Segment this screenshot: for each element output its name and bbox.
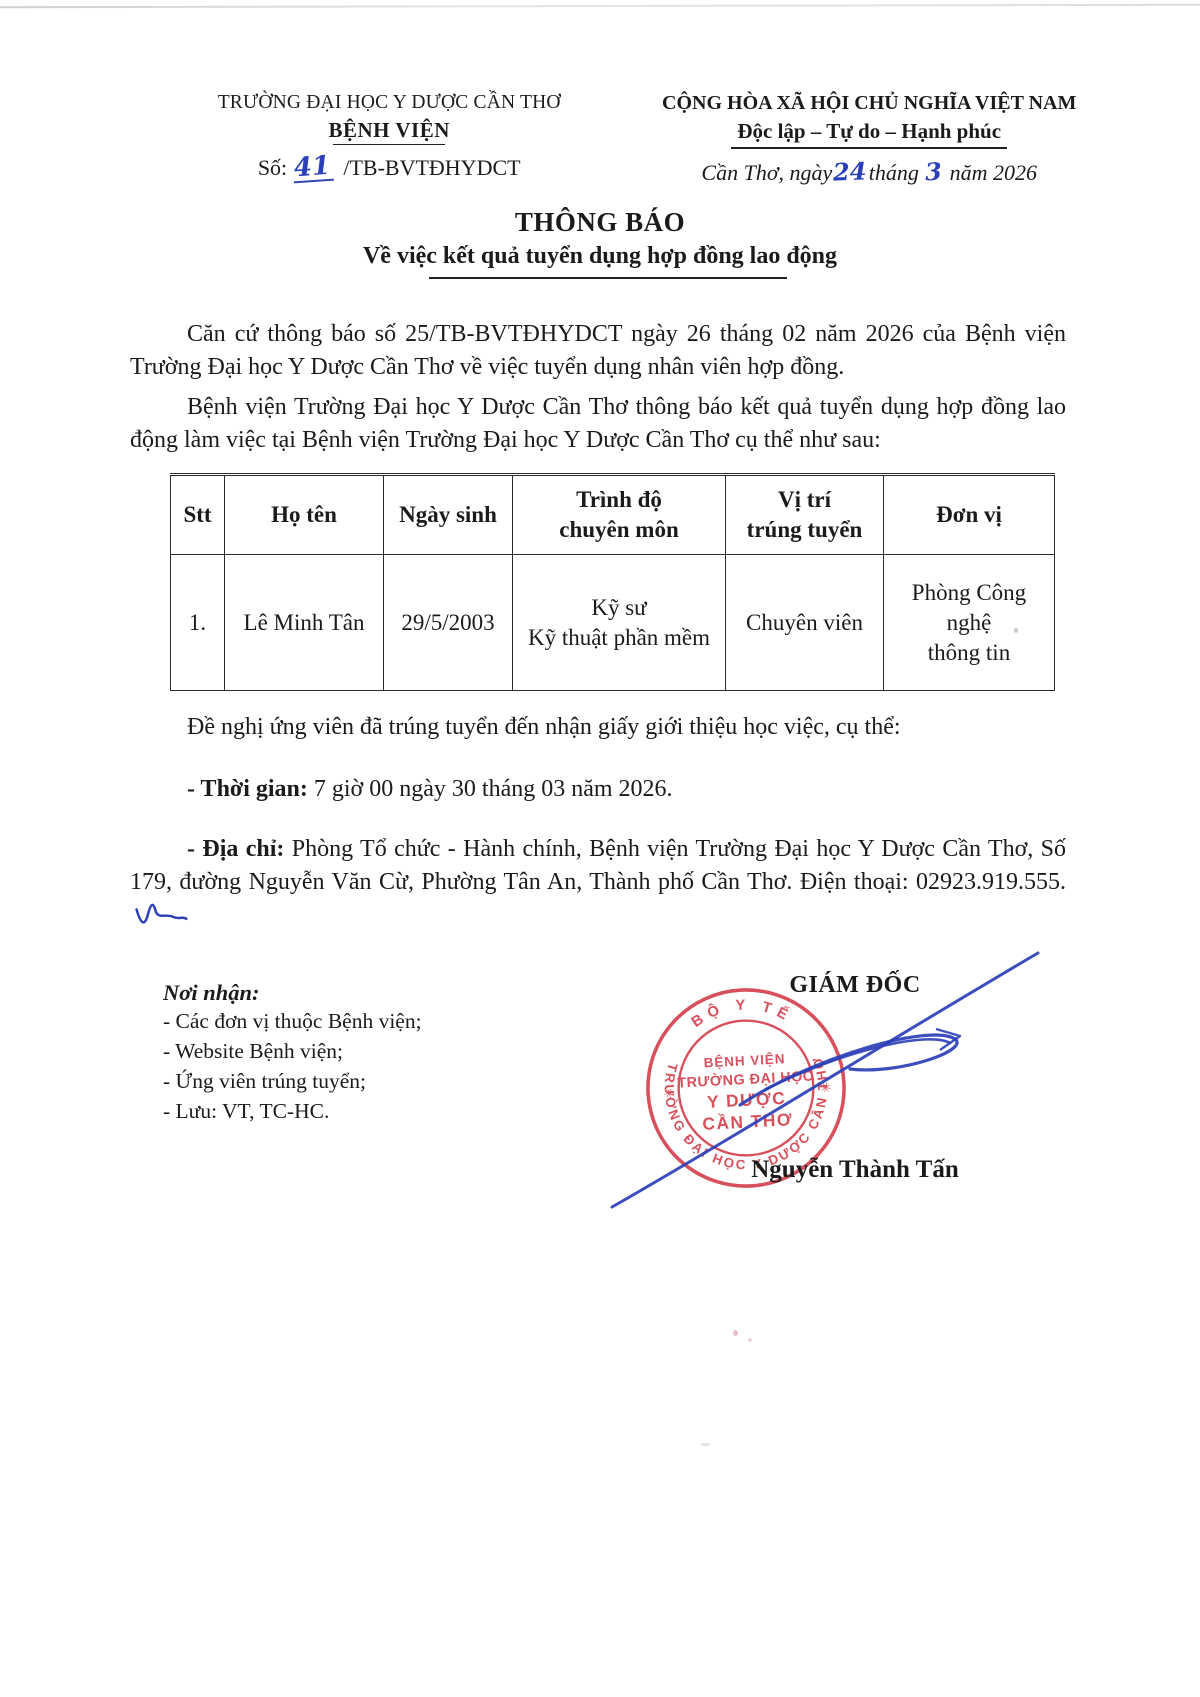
document-number-prefix: Số: (258, 155, 287, 180)
address-label: - Địa chỉ: (187, 836, 284, 862)
national-motto-line2: Độc lập – Tự do – Hạnh phúc (731, 119, 1007, 149)
results-table-wrap: Stt Họ tên Ngày sinh Trình độ chuyên môn… (170, 473, 1066, 691)
time-label: - Thời gian: (187, 776, 308, 802)
paragraph-announcement: Bệnh viện Trường Đại học Y Dược Cần Thơ … (130, 391, 1066, 457)
document-title: THÔNG BÁO (0, 207, 1200, 238)
cell-name: Lê Minh Tân (225, 555, 384, 691)
signer-name: Nguyễn Thành Tấn (645, 1156, 1065, 1184)
table-header-row: Stt Họ tên Ngày sinh Trình độ chuyên môn… (171, 475, 1055, 555)
scan-speck (733, 1330, 738, 1336)
col-header-stt: Stt (171, 475, 225, 555)
col-header-name: Họ tên (225, 475, 384, 555)
title-underline-rule (429, 277, 787, 279)
paragraph-invitation: Đề nghị ứng viên đã trúng tuyển đến nhận… (130, 711, 1066, 744)
document-header: TRƯỜNG ĐẠI HỌC Y DƯỢC CẦN THƠ BỆNH VIỆN … (130, 92, 1090, 186)
scan-speck (1014, 628, 1018, 633)
cell-position: Chuyên viên (726, 555, 884, 691)
scan-speck (748, 1338, 752, 1342)
org-parent-name: TRƯỜNG ĐẠI HỌC Y DƯỢC CẦN THƠ (130, 92, 648, 114)
document-number-line: Số:41/TB-BVTĐHYDCT (130, 154, 648, 182)
national-motto-line1: CỘNG HÒA XÃ HỘI CHỦ NGHĨA VIỆT NAM (648, 92, 1090, 115)
col-header-qualification: Trình độ chuyên môn (513, 475, 726, 555)
col-header-position-line1: Vị trí (730, 485, 879, 515)
day-handwritten: 24 (833, 156, 867, 186)
col-header-position: Vị trí trúng tuyển (726, 475, 884, 555)
scan-edge-artifact (0, 4, 1200, 9)
scan-speck (700, 1443, 710, 1446)
title-block: THÔNG BÁO Về việc kết quả tuyển dụng hợp… (0, 207, 1200, 279)
recipients-block: Nơi nhận: - Các đơn vị thuộc Bệnh viện; … (163, 980, 422, 1126)
results-table: Stt Họ tên Ngày sinh Trình độ chuyên môn… (170, 473, 1055, 691)
recipients-label: Nơi nhận: (163, 980, 422, 1006)
recipient-item: - Website Bệnh viện; (163, 1036, 422, 1066)
place-date-prefix: Cần Thơ, ngày (701, 160, 832, 185)
cell-qualification-line2: Kỹ thuật phần mềm (517, 623, 721, 653)
paragraph-basis: Căn cứ thông báo số 25/TB-BVTĐHYDCT ngày… (130, 318, 1066, 384)
recipient-item: - Lưu: VT, TC-HC. (163, 1096, 422, 1126)
date-mid-text: tháng (869, 160, 919, 185)
recipient-item: - Ứng viên trúng tuyển; (163, 1066, 422, 1096)
cell-unit-line1: Phòng Công nghệ (888, 578, 1050, 638)
col-header-qualification-line1: Trình độ (517, 485, 721, 515)
month-handwritten: 3 (924, 157, 942, 187)
table-row: 1. Lê Minh Tân 29/5/2003 Kỹ sư Kỹ thuật … (171, 555, 1055, 691)
signer-position-title: GIÁM ĐỐC (645, 972, 1065, 999)
recipient-item: - Các đơn vị thuộc Bệnh viện; (163, 1006, 422, 1036)
col-header-position-line2: trúng tuyển (730, 515, 879, 545)
document-subtitle: Về việc kết quả tuyển dụng hợp đồng lao … (0, 243, 1200, 270)
time-line: - Thời gian: 7 giờ 00 ngày 30 tháng 03 n… (130, 773, 1066, 806)
issuing-org-block: TRƯỜNG ĐẠI HỌC Y DƯỢC CẦN THƠ BỆNH VIỆN … (130, 92, 648, 186)
cell-qualification-line1: Kỹ sư (517, 593, 721, 623)
document-number-handwritten: 41 (292, 153, 334, 184)
org-name-underline (333, 144, 445, 145)
col-header-unit: Đơn vị (884, 475, 1055, 555)
place-date-line: Cần Thơ, ngày24tháng3năm 2026 (648, 157, 1090, 186)
document-number-suffix: /TB-BVTĐHYDCT (343, 155, 520, 180)
cell-unit: Phòng Công nghệ thông tin (884, 555, 1055, 691)
national-motto-block: CỘNG HÒA XÃ HỘI CHỦ NGHĨA VIỆT NAM Độc l… (648, 92, 1090, 186)
cell-dob: 29/5/2003 (384, 555, 513, 691)
cell-qualification: Kỹ sư Kỹ thuật phần mềm (513, 555, 726, 691)
document-body: Căn cứ thông báo số 25/TB-BVTĐHYDCT ngày… (130, 318, 1066, 932)
address-paragraph: - Địa chỉ: Phòng Tổ chức - Hành chính, B… (130, 833, 1066, 932)
handwritten-check-mark (132, 900, 190, 932)
cell-unit-line2: thông tin (888, 638, 1050, 668)
date-post-text: năm 2026 (950, 160, 1037, 185)
cell-stt: 1. (171, 555, 225, 691)
org-name: BỆNH VIỆN (130, 118, 648, 143)
col-header-qualification-line2: chuyên môn (517, 515, 721, 545)
col-header-dob: Ngày sinh (384, 475, 513, 555)
time-value: 7 giờ 00 ngày 30 tháng 03 năm 2026. (308, 776, 673, 802)
document-page: TRƯỜNG ĐẠI HỌC Y DƯỢC CẦN THƠ BỆNH VIỆN … (0, 0, 1200, 1697)
